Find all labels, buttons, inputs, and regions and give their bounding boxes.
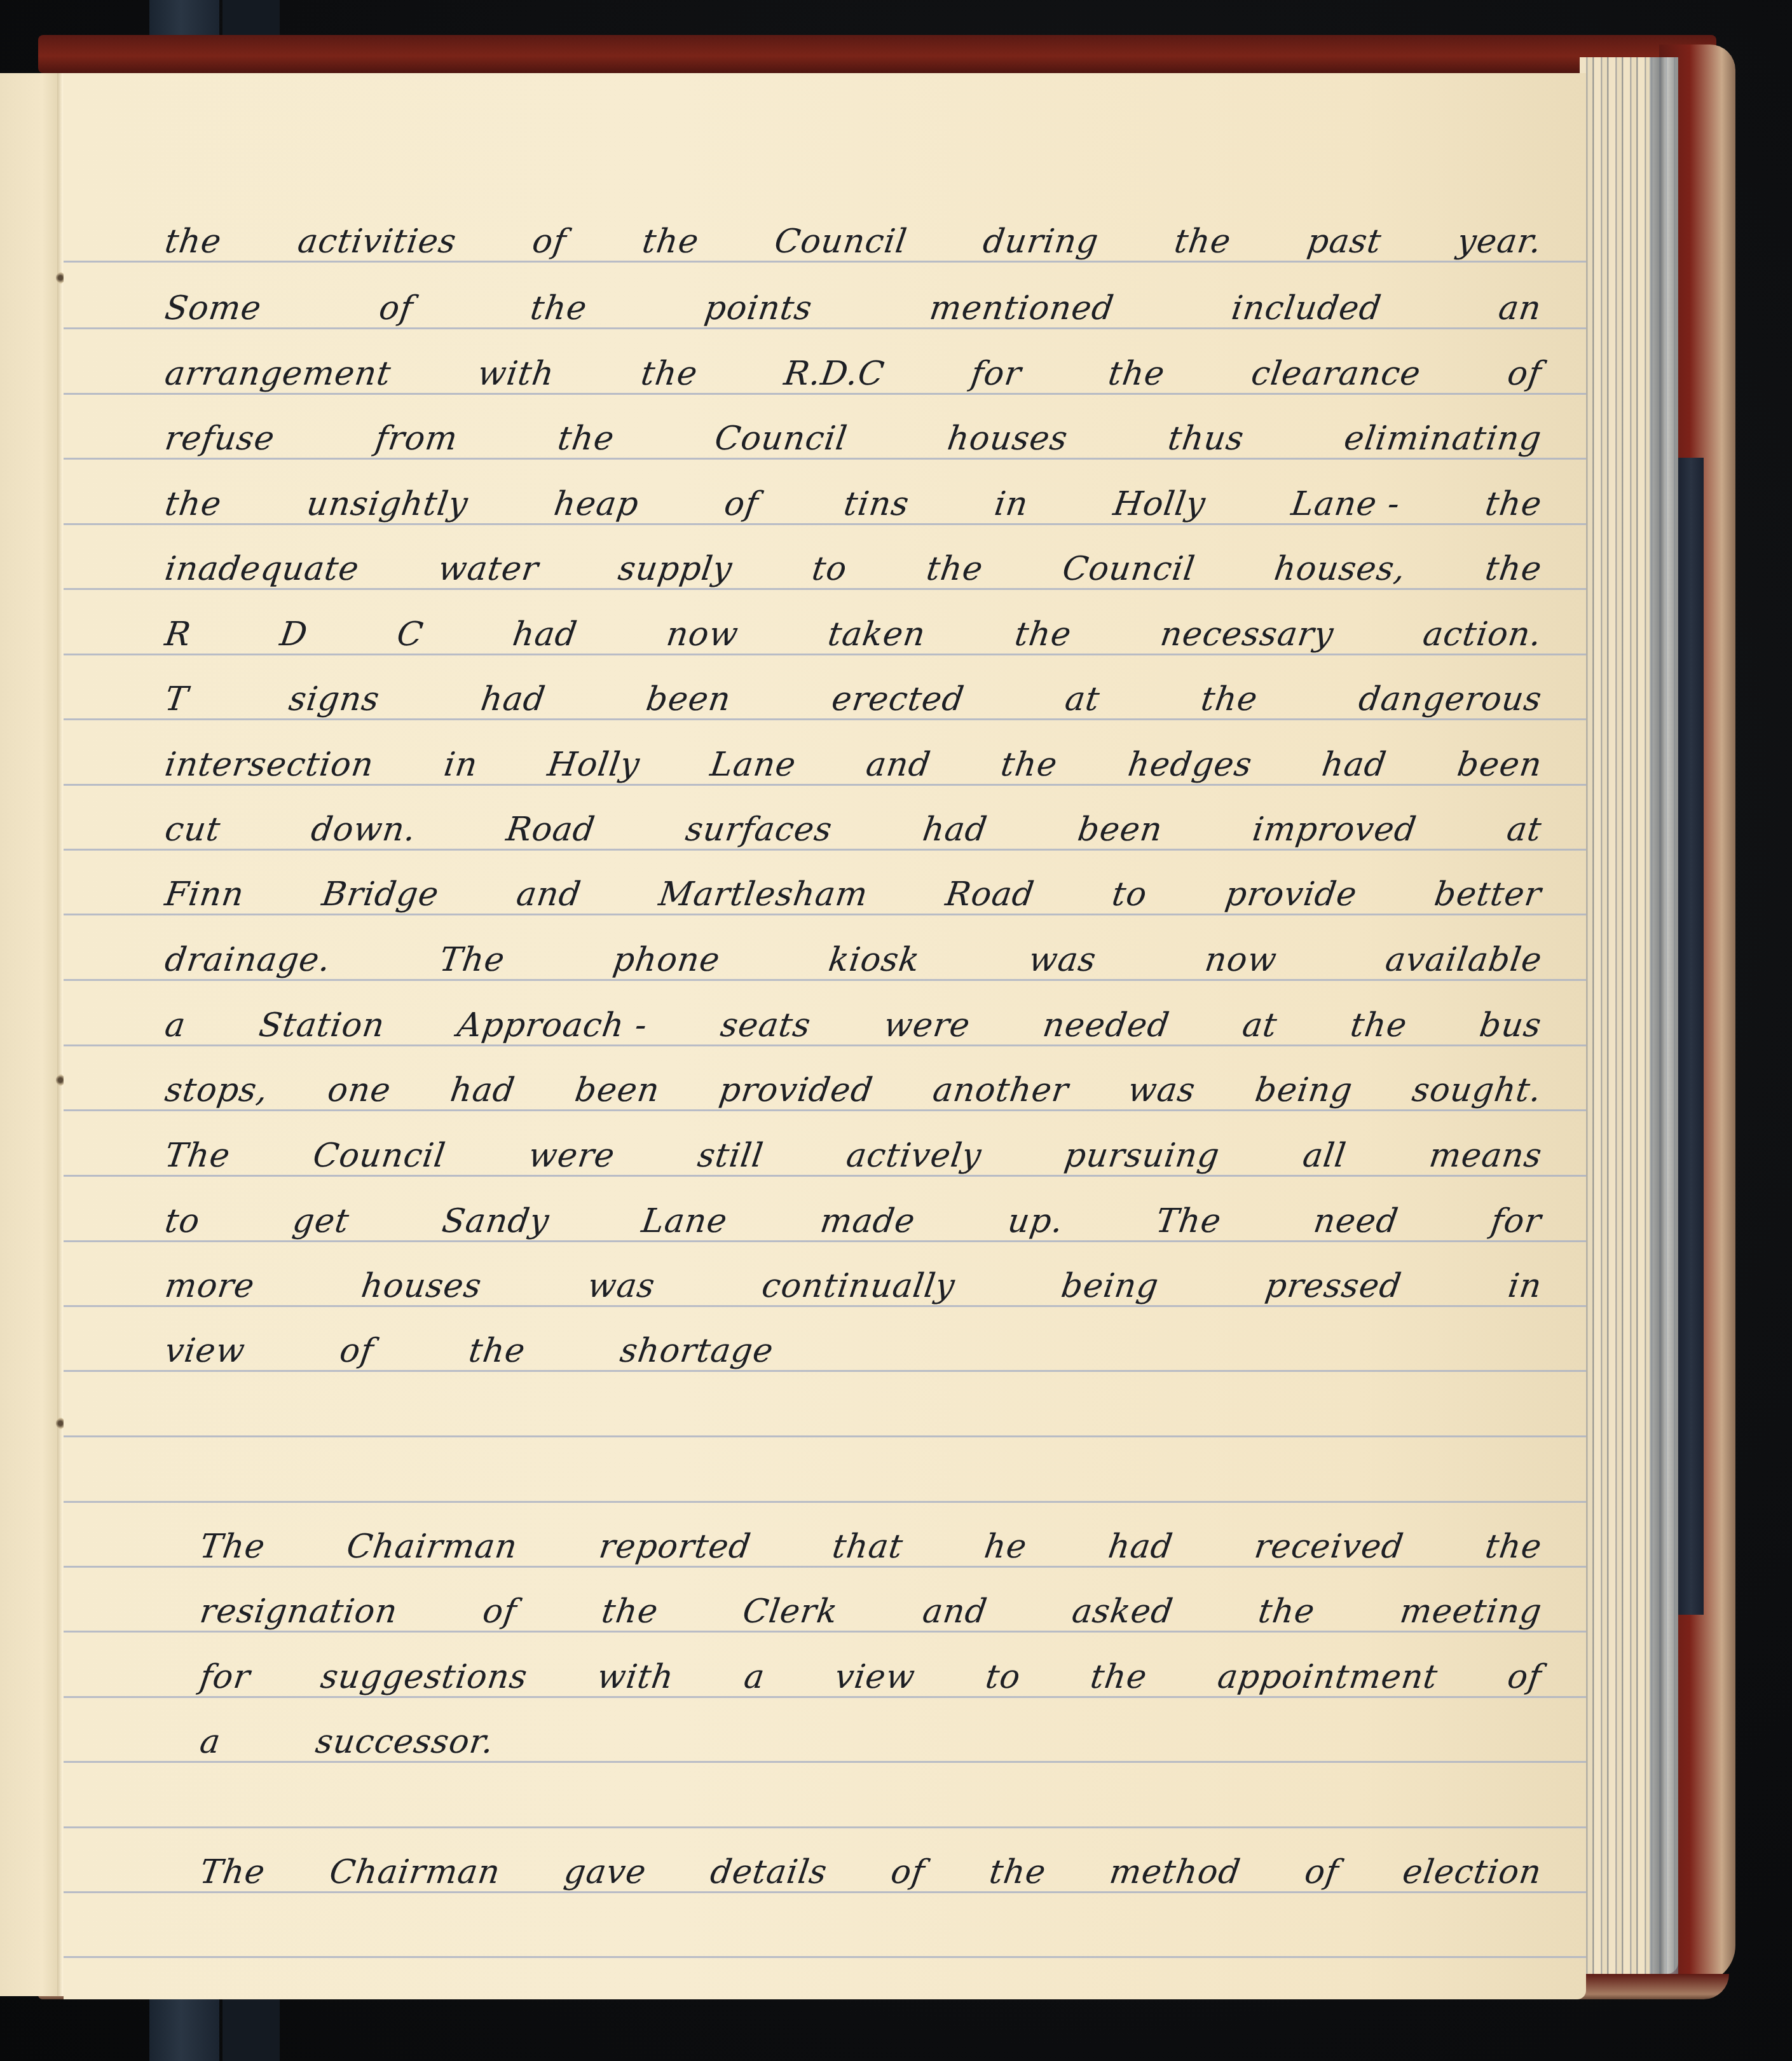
handwritten-word: Martlesham (657, 875, 870, 914)
handwritten-word: The (163, 1137, 233, 1175)
handwritten-word: dangerous (1357, 680, 1545, 718)
handwritten-line: arrangementwiththeR.D.Cfortheclearanceof (165, 336, 1542, 393)
ruled-line (64, 1761, 1586, 1763)
handwritten-word: the (1012, 615, 1074, 654)
ruled-line (64, 1109, 1586, 1111)
ruled-line (64, 784, 1586, 786)
ruled-line (64, 849, 1586, 851)
handwritten-word: at (1240, 1006, 1280, 1044)
ruled-line (64, 1891, 1586, 1893)
handwritten-word: drainage. (163, 941, 333, 979)
ruled-line (64, 1826, 1586, 1828)
handwritten-word: view (163, 1332, 248, 1370)
handwritten-word: Sandy (439, 1202, 551, 1240)
handwritten-word: refuse (163, 420, 277, 458)
handwritten-line: asuccessor. (200, 1704, 1542, 1761)
handwritten-word: the (1088, 1658, 1150, 1696)
handwritten-word: the (987, 1853, 1048, 1891)
handwritten-line: TheCouncilwerestillactivelypursuingallme… (165, 1118, 1542, 1175)
handwritten-word: at (1505, 811, 1544, 849)
handwritten-word: resignation (198, 1592, 400, 1631)
handwritten-word: Holly (1111, 485, 1208, 523)
ruled-line (64, 1175, 1586, 1177)
handwritten-word: asked (1070, 1592, 1176, 1631)
ruled-line (64, 979, 1586, 981)
handwritten-word: stops, (163, 1071, 271, 1109)
handwritten-word: provide (1222, 875, 1359, 914)
ruled-line (64, 393, 1586, 395)
handwritten-line: Someofthepointsmentionedincludedan (165, 270, 1542, 327)
handwritten-word: been (644, 680, 734, 718)
handwritten-word: been (1075, 811, 1165, 849)
handwritten-line: Tsignshadbeenerectedatthedangerous (165, 661, 1542, 718)
handwritten-line: TheChairmanreportedthathehadreceivedthe (200, 1509, 1542, 1566)
handwritten-line: stops,onehadbeenprovidedanotherwasbeings… (165, 1052, 1542, 1109)
handwritten-word: up. (1006, 1202, 1066, 1240)
handwritten-word: eliminating (1342, 420, 1544, 458)
handwritten-word: phone (611, 941, 723, 979)
handwritten-line: theunsightlyheapoftinsinHollyLane -the (165, 466, 1542, 523)
handwritten-word: R (163, 615, 194, 654)
handwritten-word: an (1496, 289, 1544, 327)
handwritten-word: the (467, 1332, 528, 1370)
handwritten-word: signs (287, 680, 382, 718)
handwritten-word: of (889, 1853, 927, 1891)
handwritten-word: still (695, 1137, 766, 1175)
handwritten-word: more (163, 1267, 257, 1305)
handwritten-word: had (1320, 746, 1389, 784)
handwritten-word: Clerk (741, 1592, 840, 1631)
handwritten-word: the (1106, 355, 1168, 393)
handwritten-word: Some (163, 289, 264, 327)
handwritten-word: details (708, 1853, 830, 1891)
handwritten-word: being (1253, 1071, 1355, 1109)
handwritten-word: the (1483, 550, 1545, 588)
handwritten-word: of (338, 1332, 376, 1370)
handwritten-word: hedges (1126, 746, 1255, 784)
ruled-line (64, 458, 1586, 460)
handwritten-word: were (881, 1006, 972, 1044)
handwritten-word: of (530, 223, 568, 261)
handwritten-word: better (1432, 875, 1544, 914)
handwritten-word: needed (1041, 1006, 1172, 1044)
strap-shadow-bottom (222, 1996, 280, 2061)
handwritten-word: down. (308, 811, 418, 849)
ruled-line (64, 261, 1586, 263)
handwritten-word: election (1400, 1853, 1544, 1891)
handwritten-word: received (1252, 1528, 1406, 1566)
ruled-line (64, 914, 1586, 915)
handwritten-word: bus (1477, 1006, 1544, 1044)
handwritten-word: with (595, 1658, 676, 1696)
handwritten-word: of (1303, 1853, 1341, 1891)
handwritten-word: a (198, 1723, 223, 1761)
ruled-line (64, 654, 1586, 655)
handwritten-word: cut (163, 811, 223, 849)
handwritten-line: resignationoftheClerkandaskedthemeeting (200, 1573, 1542, 1631)
handwritten-word: to (983, 1658, 1023, 1696)
handwritten-word: Holly (545, 746, 643, 784)
handwritten-word: continually (760, 1267, 958, 1305)
handwritten-word: The (437, 941, 507, 979)
handwritten-word: the (640, 223, 701, 261)
handwritten-line: TheChairmangavedetailsofthemethodofelect… (200, 1834, 1542, 1891)
handwritten-word: the (599, 1592, 660, 1631)
manuscript-page: theactivitiesoftheCouncilduringthepastye… (64, 73, 1586, 1999)
handwritten-line: intersectioninHollyLaneandthehedgeshadbe… (165, 727, 1542, 784)
handwritten-line: forsuggestionswithaviewtotheappointmento… (200, 1639, 1542, 1696)
book-cover-top-edge (38, 35, 1716, 73)
handwritten-word: now (664, 615, 741, 654)
handwritten-word: past (1305, 223, 1384, 261)
handwritten-word: provided (717, 1071, 875, 1109)
handwritten-word: T (163, 680, 191, 718)
handwritten-word: houses (945, 420, 1070, 458)
handwritten-word: the (556, 420, 617, 458)
handwritten-word: at (1063, 680, 1102, 718)
handwritten-word: in (1506, 1267, 1545, 1305)
handwritten-word: unsightly (304, 485, 470, 523)
handwritten-word: reported (596, 1528, 753, 1566)
handwritten-word: Road (504, 811, 598, 849)
handwritten-line: inadequatewatersupplytotheCouncilhouses,… (165, 531, 1542, 588)
handwritten-word: heap (552, 485, 641, 523)
handwritten-word: to (810, 550, 850, 588)
handwritten-word: to (163, 1202, 203, 1240)
handwritten-word: was (1126, 1071, 1198, 1109)
handwritten-word: Road (943, 875, 1037, 914)
handwritten-word: inadequate (163, 550, 362, 588)
handwritten-line: refusefromtheCouncilhousesthuseliminatin… (165, 401, 1542, 458)
handwritten-word: Station (256, 1006, 386, 1044)
handwritten-line: cutdown.Roadsurfaceshadbeenimprovedat (165, 791, 1542, 849)
handwritten-line: RDChadnowtakenthenecessaryaction. (165, 596, 1542, 654)
handwritten-word: were (526, 1137, 617, 1175)
handwritten-word: in (442, 746, 481, 784)
handwritten-word: of (377, 289, 416, 327)
handwritten-word: arrangement (163, 355, 393, 393)
handwritten-word: been (1454, 746, 1544, 784)
handwritten-word: intersection (163, 746, 376, 784)
handwritten-word: he (982, 1528, 1030, 1566)
handwritten-word: for (969, 355, 1024, 393)
handwritten-word: available (1383, 941, 1544, 979)
handwritten-word: clearance (1249, 355, 1423, 393)
handwritten-word: a (163, 1006, 188, 1044)
handwritten-word: erected (830, 680, 967, 718)
ruled-line (64, 1240, 1586, 1242)
handwritten-word: with (475, 355, 557, 393)
handwritten-word: the (639, 355, 701, 393)
left-page-edge (0, 73, 60, 1996)
handwritten-word: another (930, 1071, 1070, 1109)
handwritten-word: of (722, 485, 760, 523)
handwritten-word: method (1107, 1853, 1243, 1891)
ruled-line (64, 1566, 1586, 1568)
handwritten-word: had (1106, 1528, 1175, 1566)
handwritten-word: and (864, 746, 933, 784)
handwritten-word: Council (772, 223, 910, 261)
handwritten-word: the (528, 289, 590, 327)
handwritten-word: had (448, 1071, 517, 1109)
handwritten-word: The (198, 1853, 268, 1891)
handwritten-word: R.D.C (782, 355, 887, 393)
handwritten-word: for (1489, 1202, 1544, 1240)
handwritten-word: had (479, 680, 548, 718)
ruled-line (64, 588, 1586, 590)
handwritten-word: C (395, 615, 426, 654)
handwritten-word: Chairman (345, 1528, 520, 1566)
handwritten-line: aStationApproach -seatswereneededatthebu… (165, 987, 1542, 1044)
handwritten-word: Council (1060, 550, 1198, 588)
handwritten-word: the (1172, 223, 1234, 261)
handwritten-word: the (1483, 1528, 1545, 1566)
handwritten-word: to (1110, 875, 1150, 914)
handwritten-word: and (920, 1592, 990, 1631)
handwritten-word: now (1202, 941, 1279, 979)
handwritten-word: need (1311, 1202, 1401, 1240)
handwritten-word: meeting (1398, 1592, 1545, 1631)
handwritten-word: sought. (1410, 1071, 1544, 1109)
cover-dark-strip (1678, 458, 1704, 1615)
handwritten-word: actively (844, 1137, 984, 1175)
ruled-line (64, 523, 1586, 525)
handwritten-word: Chairman (327, 1853, 502, 1891)
handwritten-word: water (436, 550, 541, 588)
ruled-line (64, 327, 1586, 329)
handwritten-word: the (999, 746, 1060, 784)
handwritten-word: been (573, 1071, 662, 1109)
handwritten-word: year. (1455, 223, 1544, 261)
handwritten-word: being (1059, 1267, 1161, 1305)
handwritten-line: drainage.Thephonekioskwasnowavailable (165, 922, 1542, 979)
handwritten-word: included (1229, 289, 1384, 327)
handwritten-word: supply (616, 550, 735, 588)
handwritten-word: the (163, 223, 224, 261)
handwritten-word: necessary (1158, 615, 1336, 654)
ruled-line (64, 1305, 1586, 1307)
handwritten-word: houses, (1272, 550, 1408, 588)
handwritten-word: Finn (163, 875, 247, 914)
handwritten-word: successor. (313, 1723, 496, 1761)
handwritten-line: morehouseswascontinuallybeingpressedin (165, 1248, 1542, 1305)
handwritten-word: tins (841, 485, 911, 523)
handwritten-word: of (1505, 355, 1544, 393)
ruled-line (64, 1956, 1586, 1958)
ruled-line (64, 1501, 1586, 1503)
handwritten-word: the (163, 485, 224, 523)
handwritten-word: The (198, 1528, 268, 1566)
ruled-line (64, 718, 1586, 720)
handwritten-word: taken (826, 615, 928, 654)
handwritten-word: houses (359, 1267, 484, 1305)
handwritten-word: suggestions (318, 1658, 530, 1696)
handwritten-word: shortage (618, 1332, 776, 1370)
handwritten-word: thus (1166, 420, 1247, 458)
page-stack-edges (1580, 57, 1678, 1974)
handwritten-word: all (1301, 1137, 1349, 1175)
handwritten-word: activities (295, 223, 458, 261)
handwritten-word: a (742, 1658, 767, 1696)
handwritten-word: the (1256, 1592, 1318, 1631)
handwritten-word: Lane (640, 1202, 730, 1240)
ruled-line (64, 1370, 1586, 1372)
handwritten-word: Bridge (320, 875, 441, 914)
handwritten-word: points (702, 289, 815, 327)
handwritten-line: togetSandyLanemadeup.Theneedfor (165, 1183, 1542, 1240)
handwritten-word: action. (1421, 615, 1544, 654)
handwritten-word: of (480, 1592, 519, 1631)
handwritten-word: Lane - (1289, 485, 1402, 523)
handwritten-word: pressed (1263, 1267, 1404, 1305)
handwritten-word: the (1483, 485, 1545, 523)
ruled-line (64, 1435, 1586, 1437)
ruled-line (64, 1631, 1586, 1633)
handwritten-word: the (924, 550, 986, 588)
ruled-line (64, 1696, 1586, 1698)
handwritten-word: kiosk (826, 941, 922, 979)
handwritten-word: of (1505, 1658, 1544, 1696)
handwritten-word: and (514, 875, 584, 914)
handwritten-word: in (992, 485, 1030, 523)
handwritten-word: D (278, 615, 310, 654)
handwritten-word: Council (713, 420, 850, 458)
handwritten-word: gave (562, 1853, 649, 1891)
handwritten-word: seats (718, 1006, 813, 1044)
ruled-line (64, 1044, 1586, 1046)
handwritten-line: theactivitiesoftheCouncilduringthepastye… (165, 203, 1542, 261)
bookmark-ribbon-bottom (149, 1996, 219, 2061)
handwritten-word: Lane (708, 746, 798, 784)
handwritten-word: Approach - (455, 1006, 650, 1044)
handwritten-word: was (1026, 941, 1098, 979)
handwritten-word: had (920, 811, 990, 849)
handwritten-word: from (373, 420, 460, 458)
handwritten-line: FinnBridgeandMartleshamRoadtoprovidebett… (165, 856, 1542, 914)
handwritten-word: appointment (1215, 1658, 1440, 1696)
handwritten-word: surfaces (683, 811, 835, 849)
handwritten-word: the (1348, 1006, 1409, 1044)
handwritten-word: made (817, 1202, 917, 1240)
handwritten-word: view (833, 1658, 918, 1696)
handwritten-word: improved (1250, 811, 1419, 849)
handwritten-word: get (291, 1202, 352, 1240)
handwritten-word: for (198, 1658, 253, 1696)
handwritten-word: was (585, 1267, 658, 1305)
handwritten-word: that (830, 1528, 905, 1566)
handwritten-line: viewoftheshortage (165, 1313, 1542, 1370)
handwritten-word: one (325, 1071, 393, 1109)
handwritten-word: during (981, 223, 1101, 261)
handwritten-word: had (510, 615, 580, 654)
handwritten-word: means (1426, 1137, 1544, 1175)
handwritten-word: Council (311, 1137, 448, 1175)
handwritten-word: mentioned (927, 289, 1116, 327)
handwritten-word: the (1199, 680, 1261, 718)
handwritten-word: pursuing (1062, 1137, 1222, 1175)
handwritten-word: The (1154, 1202, 1224, 1240)
